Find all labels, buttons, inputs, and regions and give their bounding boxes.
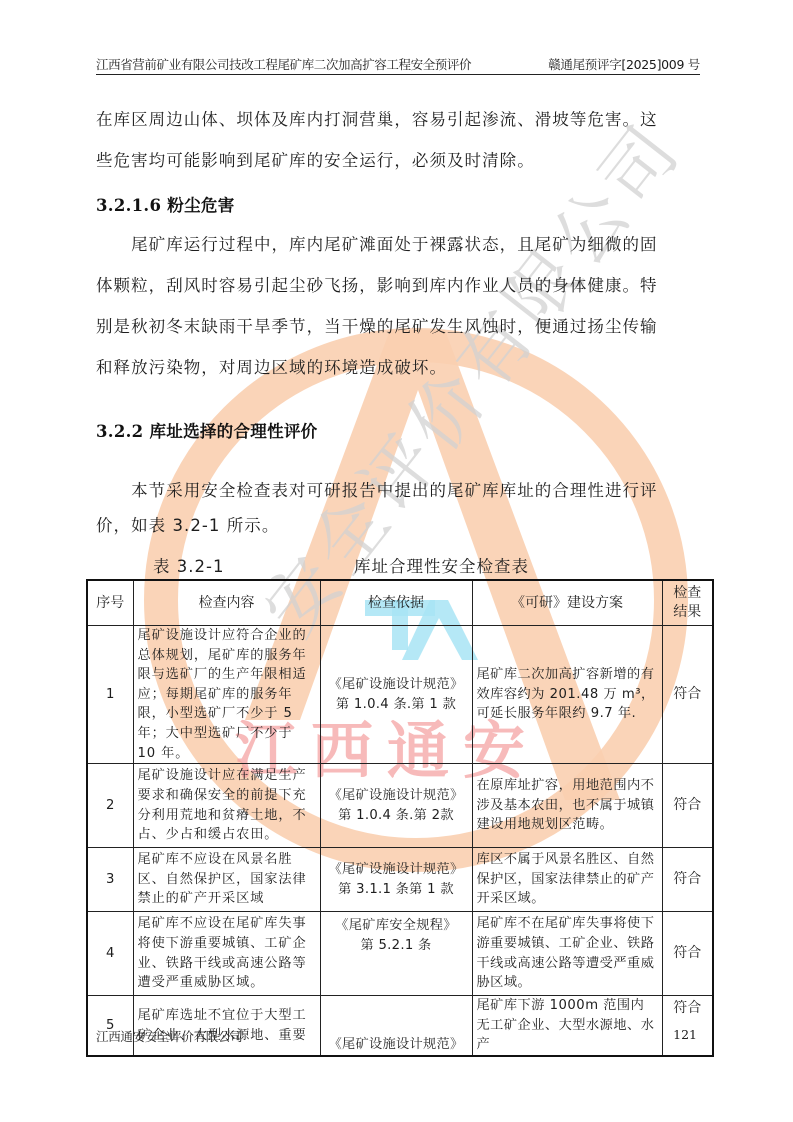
header-report-title: 江西省营前矿业有限公司技改工程尾矿库二次加高扩容工程安全预评价: [96, 56, 471, 73]
header-plan: 《可研》建设方案: [472, 580, 662, 626]
cell-content: 尾矿库不应设在风景名胜区、自然保护区，国家法律禁止的矿产开采区域: [133, 848, 320, 912]
table-caption-title: 库址合理性安全检查表: [354, 553, 529, 577]
header-result-line: 检查: [667, 584, 709, 603]
table-row: 5 尾矿库选址不宜位于大型工矿企业、大型水源地、重要 《尾矿设施设计规范》 尾矿…: [87, 996, 713, 1056]
paragraph-table-intro: 本节采用安全检查表对可研报告中提出的尾矿库库址的合理性进行评 价，如表 3.2-…: [96, 470, 700, 546]
cell-basis: 《尾矿库安全规程》 第 5.2.1 条: [320, 912, 472, 996]
paragraph-dust-hazard: 尾矿库运行过程中，库内尾矿滩面处于裸露状态，且尾矿为细微的固 体颗粒，刮风时容易…: [96, 224, 700, 388]
page-header: 江西省营前矿业有限公司技改工程尾矿库二次加高扩容工程安全预评价 赣通尾预评字[2…: [96, 56, 700, 75]
table-row: 4 尾矿库不应设在尾矿库失事将使下游重要城镇、工矿企业、铁路干线或高速公路等遭受…: [87, 912, 713, 996]
basis-line: 第 1.0.4 条.第 2款: [325, 806, 468, 826]
heading-dust-hazard: 3.2.1.6 粉尘危害: [96, 192, 235, 216]
basis-line: 《尾矿设施设计规范》: [325, 786, 468, 806]
text-line: 和释放污染物，对周边区域的环境造成破坏。: [96, 347, 700, 388]
text-line: 些危害均可能影响到尾矿库的安全运行，必须及时清除。: [96, 140, 700, 181]
footer-page-number: 121: [673, 1027, 697, 1042]
paragraph-hazard-cleanup: 在库区周边山体、坝体及库内打洞营巢，容易引起渗流、滑坡等危害。这 些危害均可能影…: [96, 99, 700, 181]
cell-basis: 《尾矿设施设计规范》 第 3.1.1 条第 1 款: [320, 848, 472, 912]
basis-line: 《尾矿设施设计规范》: [325, 860, 468, 880]
basis-line: 第 3.1.1 条第 1 款: [325, 880, 468, 900]
cell-content: 尾矿设施设计应在满足生产要求和确保安全的前提下充分利用荒地和贫瘠土地，不占、少占…: [133, 764, 320, 848]
header-no: 序号: [87, 580, 133, 626]
cell-no: 1: [87, 626, 133, 764]
table-row: 3 尾矿库不应设在风景名胜区、自然保护区，国家法律禁止的矿产开采区域 《尾矿设施…: [87, 848, 713, 912]
basis-line: 第 1.0.4 条.第 1 款: [325, 695, 468, 715]
heading-site-selection: 3.2.2 库址选择的合理性评价: [96, 418, 317, 442]
cell-plan: 尾矿库二次加高扩容新增的有效库容约为 201.48 万 m³，可延长服务年限约 …: [472, 626, 662, 764]
cell-plan: 库区不属于风景名胜区、自然保护区，国家法律禁止的矿产开采区域。: [472, 848, 662, 912]
cell-no: 5: [87, 996, 133, 1056]
cell-basis: 《尾矿设施设计规范》: [320, 996, 472, 1056]
table-row: 2 尾矿设施设计应在满足生产要求和确保安全的前提下充分利用荒地和贫瘠土地，不占、…: [87, 764, 713, 848]
cell-plan: 尾矿库下游 1000m 范围内无工矿企业、大型水源地、水产: [472, 996, 662, 1056]
cell-plan: 尾矿库不在尾矿库失事将使下游重要城镇、工矿企业、铁路干线或高速公路等遭受严重威胁…: [472, 912, 662, 996]
footer-company-name: 江西通安安全评价有限公司: [96, 1027, 242, 1045]
table-header-row: 序号 检查内容 检查依据 《可研》建设方案 检查 结果: [87, 580, 713, 626]
cell-basis: 《尾矿设施设计规范》 第 1.0.4 条.第 2款: [320, 764, 472, 848]
cell-result: 符合: [662, 996, 713, 1056]
cell-result: 符合: [662, 626, 713, 764]
cell-plan: 在原库址扩容，用地范围内不涉及基本农田，也不属于城镇建设用地规划区范畴。: [472, 764, 662, 848]
cell-result: 符合: [662, 912, 713, 996]
document-page: 安全评价有限公司 江西通安 江西省营前矿业有限公司技改工程尾矿库二次加高扩容工程…: [0, 0, 793, 1122]
text-line: 尾矿库运行过程中，库内尾矿滩面处于裸露状态，且尾矿为细微的固: [96, 224, 700, 265]
basis-line: 《尾矿设施设计规范》: [325, 1035, 468, 1055]
header-basis: 检查依据: [320, 580, 472, 626]
cell-result: 符合: [662, 848, 713, 912]
header-result: 检查 结果: [662, 580, 713, 626]
header-document-number: 赣通尾预评字[2025]009 号: [548, 56, 700, 73]
cell-content: 尾矿设施设计应符合企业的总体规划，尾矿库的服务年限与选矿厂的生产年限相适应；每期…: [133, 626, 320, 764]
cell-no: 4: [87, 912, 133, 996]
cell-result: 符合: [662, 764, 713, 848]
header-result-line: 结果: [667, 603, 709, 622]
text-line: 价，如表 3.2-1 所示。: [96, 505, 700, 546]
basis-line: 《尾矿库安全规程》: [325, 916, 468, 936]
cell-basis: 《尾矿设施设计规范》 第 1.0.4 条.第 1 款: [320, 626, 472, 764]
basis-line: 第 5.2.1 条: [325, 936, 468, 956]
site-rationality-checklist-table: 序号 检查内容 检查依据 《可研》建设方案 检查 结果 1 尾矿设施设计应符合企…: [86, 579, 714, 1057]
basis-line: 《尾矿设施设计规范》: [325, 675, 468, 695]
cell-no: 3: [87, 848, 133, 912]
text-line: 在库区周边山体、坝体及库内打洞营巢，容易引起渗流、滑坡等危害。这: [96, 99, 700, 140]
header-content: 检查内容: [133, 580, 320, 626]
text-line: 别是秋初冬末缺雨干旱季节，当干燥的尾矿发生风蚀时，便通过扬尘传输: [96, 306, 700, 347]
cell-content: 尾矿库不应设在尾矿库失事将使下游重要城镇、工矿企业、铁路干线或高速公路等遭受严重…: [133, 912, 320, 996]
text-line: 体颗粒，刮风时容易引起尘砂飞扬，影响到库内作业人员的身体健康。特: [96, 265, 700, 306]
cell-no: 2: [87, 764, 133, 848]
table-row: 1 尾矿设施设计应符合企业的总体规划，尾矿库的服务年限与选矿厂的生产年限相适应；…: [87, 626, 713, 764]
table-caption-number: 表 3.2-1: [153, 553, 224, 577]
cell-content: 尾矿库选址不宜位于大型工矿企业、大型水源地、重要: [133, 996, 320, 1056]
